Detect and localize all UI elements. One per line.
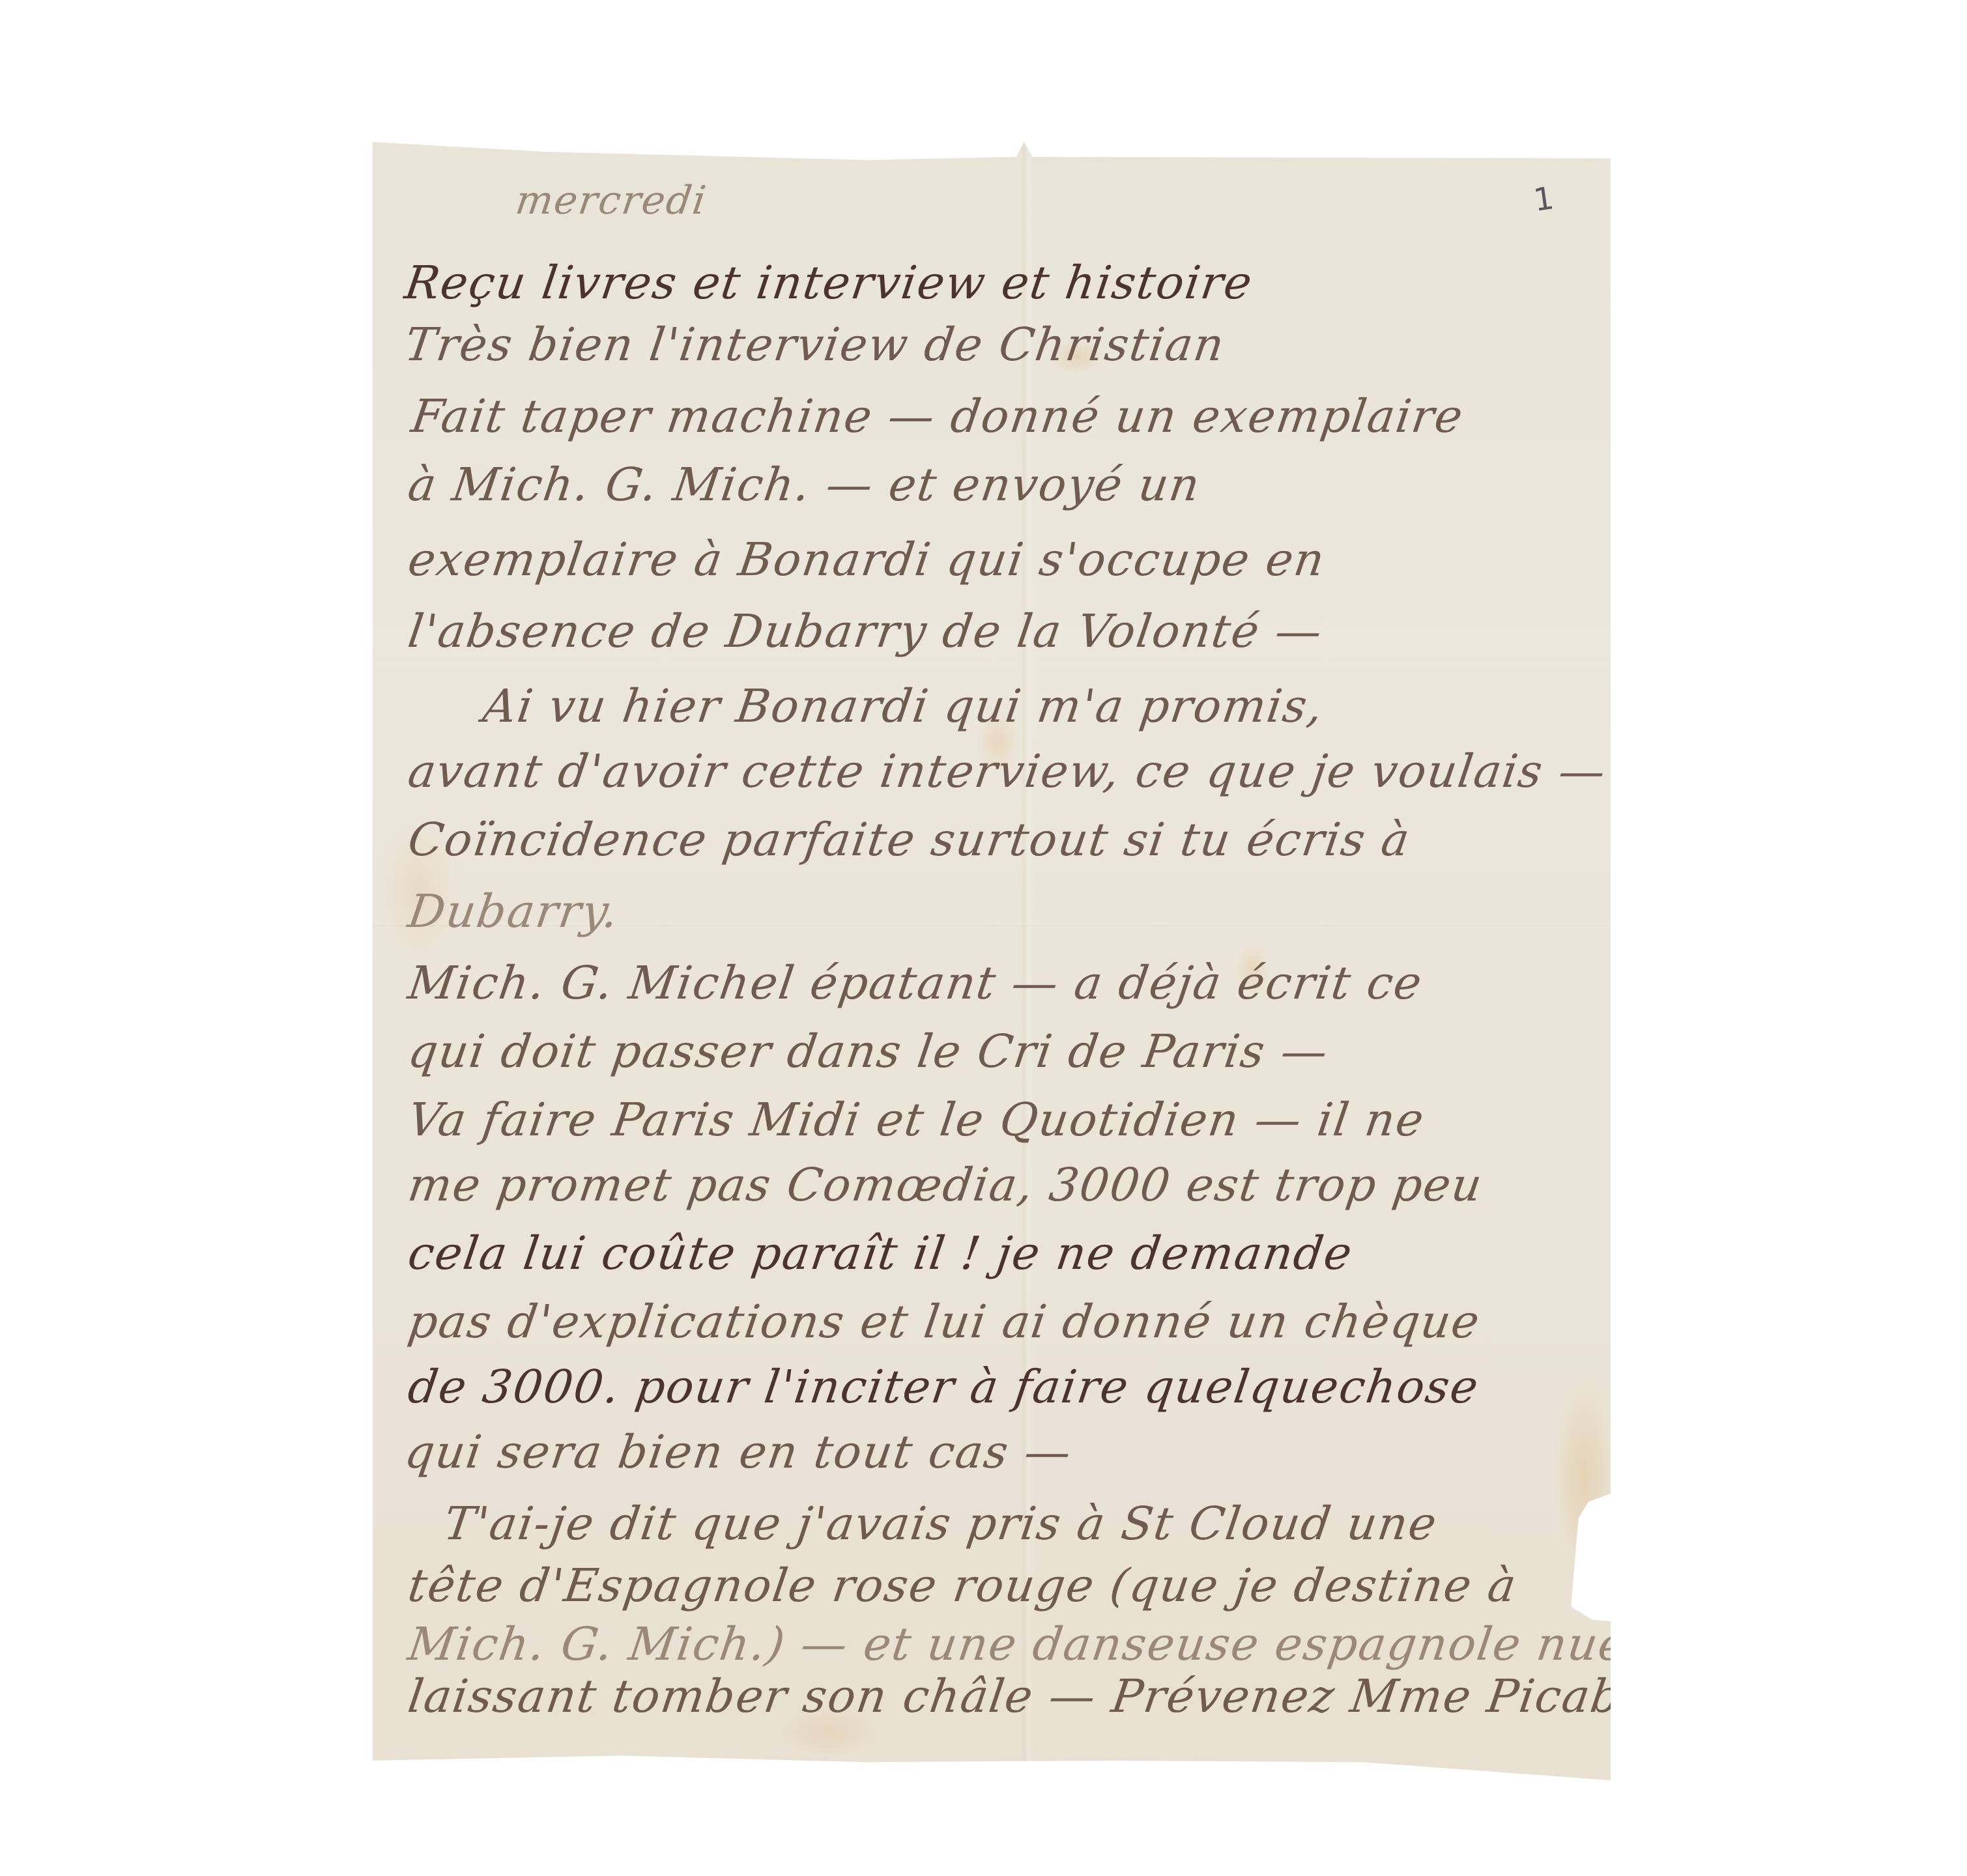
letter-line: Va faire Paris Midi et le Quotidien — il…: [405, 1093, 1428, 1146]
letter-line: pas d'explications et lui ai donné un ch…: [405, 1295, 1484, 1348]
letter-line: à Mich. G. Mich. — et envoyé un: [405, 458, 1204, 511]
letter-line: Fait taper machine — donné un exemplaire: [408, 390, 1467, 443]
letter-line: Ai vu hier Bonardi qui m'a promis,: [480, 679, 1327, 733]
letter-line: tête d'Espagnole rose rouge (que je dest…: [405, 1559, 1520, 1612]
letter-line: me promet pas Comœdia, 3000 est trop peu: [405, 1158, 1486, 1212]
letter-line: de 3000. pour l'inciter à faire quelquec…: [405, 1360, 1482, 1414]
letter-line: Dubarry.: [405, 885, 623, 938]
letter-line: Mich. G. Michel épatant — a déjà écrit c…: [405, 956, 1426, 1010]
letter-line: Coïncidence parfaite surtout si tu écris…: [405, 813, 1414, 866]
letter-line: exemplaire à Bonardi qui s'occupe en: [405, 533, 1328, 586]
letter-line: qui sera bien en tout cas —: [401, 1425, 1075, 1479]
letter-line: Mich. G. Mich.) — et une danseuse espagn…: [405, 1617, 1631, 1671]
page-number: 1: [1531, 180, 1556, 219]
letter-line: qui doit passer dans le Cri de Paris —: [405, 1025, 1332, 1078]
letter-line: avant d'avoir cette interview, ce que je…: [405, 745, 1609, 798]
letter-line: T'ai-je dit que j'avais pris à St Cloud …: [440, 1497, 1441, 1550]
letter-page: 1 mercredi Reçu livres et interview et h…: [373, 142, 1611, 1780]
letter-line-date: mercredi: [513, 178, 710, 223]
letter-line: laissant tomber son châle — Prévenez Mme…: [405, 1670, 1669, 1723]
letter-line: Reçu livres et interview et histoire: [401, 256, 1256, 309]
letter-line: l'absence de Dubarry de la Volonté —: [405, 604, 1327, 658]
letter-line: cela lui coûte paraît il ! je ne demande: [405, 1227, 1357, 1280]
letter-line: Très bien l'interview de Christian: [401, 318, 1228, 371]
